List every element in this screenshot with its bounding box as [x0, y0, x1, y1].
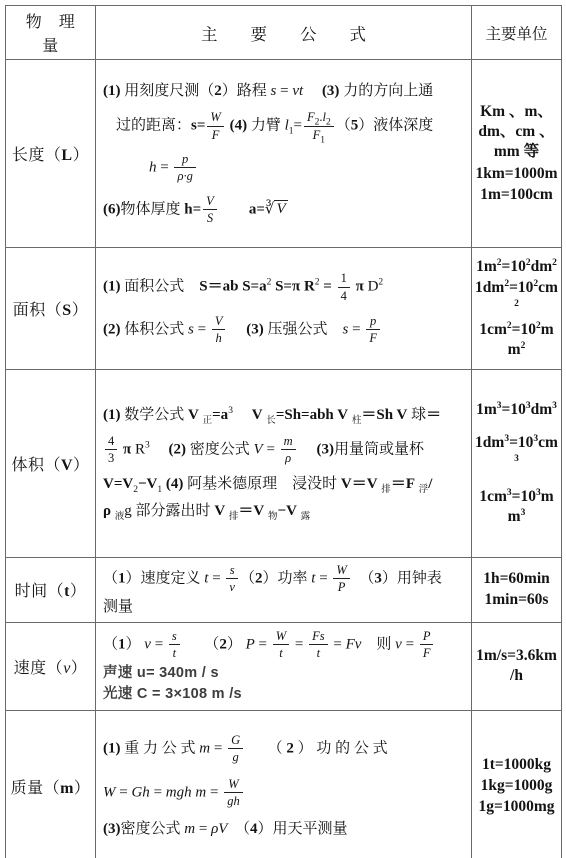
text-line: 光速 C = 3×108 m /s	[103, 685, 467, 703]
fraction: WP	[333, 563, 349, 595]
formula-cell-area: (1) 面积公式 S＝ab S=a2 S=π R2 = 14 π D2(2) 体…	[96, 248, 472, 370]
units-cell-speed: 1m/s=3.6km/h	[472, 622, 562, 710]
physics-formula-table: 物 理量 主 要 公 式 主要单位 长度（L） (1) 用刻度尺测（2）路程 s…	[5, 5, 562, 858]
units-cell-mass: 1t=1000kg1kg=1000g1g=1000mg	[472, 710, 562, 858]
text-line: (1) 用刻度尺测（2）路程 s = vt (3) 力的方向上通	[103, 82, 467, 101]
text-line: 1dm2=102cm2	[475, 278, 558, 318]
text-line: ρ 液g 部分露出时 V 排＝V 物−V 露	[103, 502, 467, 521]
fraction: Wgh	[224, 777, 243, 809]
quantity-label-speed: 速度（v）	[6, 622, 96, 710]
cube-root: ∛V	[265, 200, 288, 217]
table-row-area: 面积（S） (1) 面积公式 S＝ab S=a2 S=π R2 = 14 π D…	[6, 248, 562, 370]
text-line: （1）速度定义 t = sv（2）功率 t = WP （3）用钟表	[103, 563, 467, 595]
text-line: 1min=60s	[475, 590, 558, 610]
text-line: （1） v = st （2） P = Wt = Fst = Fv 则 v = P…	[103, 629, 467, 661]
fraction: VS	[203, 194, 217, 226]
text-line: V=V2−V1 (4) 阿基米德原理 浸没时 V＝V 排＝F 浮/	[103, 475, 467, 494]
text-line: 1km=1000m	[475, 164, 558, 184]
text-line: Km 、m、dm、cm 、mm 等	[475, 102, 558, 162]
text-line: (3)密度公式 m = ρV （4）用天平测量	[103, 820, 467, 839]
text-line: (1) 面积公式 S＝ab S=a2 S=π R2 = 14 π D2	[103, 271, 467, 303]
text-line: 1m3=103dm3	[475, 400, 558, 420]
fraction: pF	[366, 314, 380, 346]
formula-cell-volume: (1) 数学公式 V 正=a3 V 长=Sh=abh V 柱＝Sh V 球＝43…	[96, 370, 472, 558]
header-quantity: 物 理量	[6, 6, 96, 60]
quantity-label-mass: 质量（m）	[6, 710, 96, 858]
fraction: Gg	[228, 733, 243, 765]
text-line: h = pρ·g	[103, 152, 467, 184]
text-line: (1) 数学公式 V 正=a3 V 长=Sh=abh V 柱＝Sh V 球＝	[103, 406, 467, 425]
text-line: 声速 u= 340m / s	[103, 664, 467, 682]
fraction: 43	[105, 434, 117, 466]
text-line: 1cm2=102mm2	[475, 320, 558, 360]
text-line: 1t=1000kg	[475, 755, 558, 775]
text-line: 1h=60min	[475, 569, 558, 589]
text-line: W = Gh = mgh m = Wgh	[103, 777, 467, 809]
text-line: (1) 重 力 公 式 m = Gg （ 2 ） 功 的 公 式	[103, 733, 467, 765]
fraction: sv	[226, 563, 238, 595]
formula-cell-time: （1）速度定义 t = sv（2）功率 t = WP （3）用钟表测量	[96, 558, 472, 623]
quantity-label-time: 时间（t）	[6, 558, 96, 623]
fraction: F2.l2F1	[304, 110, 334, 142]
fraction: PF	[420, 629, 434, 661]
header-formulas: 主 要 公 式	[96, 6, 472, 60]
quantity-label-volume: 体积（V）	[6, 370, 96, 558]
text-line: 43 π R3 (2) 密度公式 V = mρ (3)用量筒或量杯	[103, 434, 467, 466]
text-line: 量	[10, 33, 91, 56]
text-line: 物 理	[10, 9, 91, 32]
physics-formula-sheet: 物 理量 主 要 公 式 主要单位 长度（L） (1) 用刻度尺测（2）路程 s…	[0, 0, 566, 858]
units-cell-area: 1m2=102dm21dm2=102cm21cm2=102mm2	[472, 248, 562, 370]
table-row-volume: 体积（V） (1) 数学公式 V 正=a3 V 长=Sh=abh V 柱＝Sh …	[6, 370, 562, 558]
fraction: Vh	[212, 314, 226, 346]
text-line: 1cm3=103mm3	[475, 487, 558, 527]
quantity-label-length: 长度（L）	[6, 60, 96, 248]
table-row-time: 时间（t） （1）速度定义 t = sv（2）功率 t = WP （3）用钟表测…	[6, 558, 562, 623]
quantity-label-area: 面积（S）	[6, 248, 96, 370]
table-row-mass: 质量（m） (1) 重 力 公 式 m = Gg （ 2 ） 功 的 公 式W …	[6, 710, 562, 858]
fraction: WF	[207, 110, 223, 142]
fraction: st	[169, 629, 180, 661]
formula-cell-length: (1) 用刻度尺测（2）路程 s = vt (3) 力的方向上通过的距离：s=W…	[96, 60, 472, 248]
units-cell-length: Km 、m、dm、cm 、mm 等1km=1000m1m=100cm	[472, 60, 562, 248]
units-cell-time: 1h=60min1min=60s	[472, 558, 562, 623]
text-line: 1m=100cm	[475, 185, 558, 205]
text-line: 1m2=102dm2	[475, 257, 558, 277]
header-units: 主要单位	[472, 6, 562, 60]
text-line: 过的距离：s=WF (4) 力臂 l1=F2.l2F1（5）液体深度	[103, 110, 467, 142]
table-header-row: 物 理量 主 要 公 式 主要单位	[6, 6, 562, 60]
table-row-speed: 速度（v） （1） v = st （2） P = Wt = Fst = Fv 则…	[6, 622, 562, 710]
fraction: 14	[338, 271, 350, 303]
text-line: (6)物体厚度 h=VS a=∛V	[103, 194, 467, 226]
text-line: 1g=1000mg	[475, 797, 558, 817]
text-line: (2) 体积公式 s = Vh (3) 压强公式 s = pF	[103, 314, 467, 346]
text-line: 1kg=1000g	[475, 776, 558, 796]
formula-cell-speed: （1） v = st （2） P = Wt = Fst = Fv 则 v = P…	[96, 622, 472, 710]
table-row-length: 长度（L） (1) 用刻度尺测（2）路程 s = vt (3) 力的方向上通过的…	[6, 60, 562, 248]
text-line: 1m/s=3.6km/h	[475, 646, 558, 686]
fraction: Fst	[309, 629, 328, 661]
fraction: Wt	[273, 629, 289, 661]
fraction: pρ·g	[174, 152, 195, 184]
text-line: 1dm3=103cm3	[475, 433, 558, 473]
text-line: 测量	[103, 598, 467, 617]
fraction: mρ	[281, 434, 296, 466]
units-cell-volume: 1m3=103dm31dm3=103cm31cm3=103mm3	[472, 370, 562, 558]
formula-cell-mass: (1) 重 力 公 式 m = Gg （ 2 ） 功 的 公 式W = Gh =…	[96, 710, 472, 858]
